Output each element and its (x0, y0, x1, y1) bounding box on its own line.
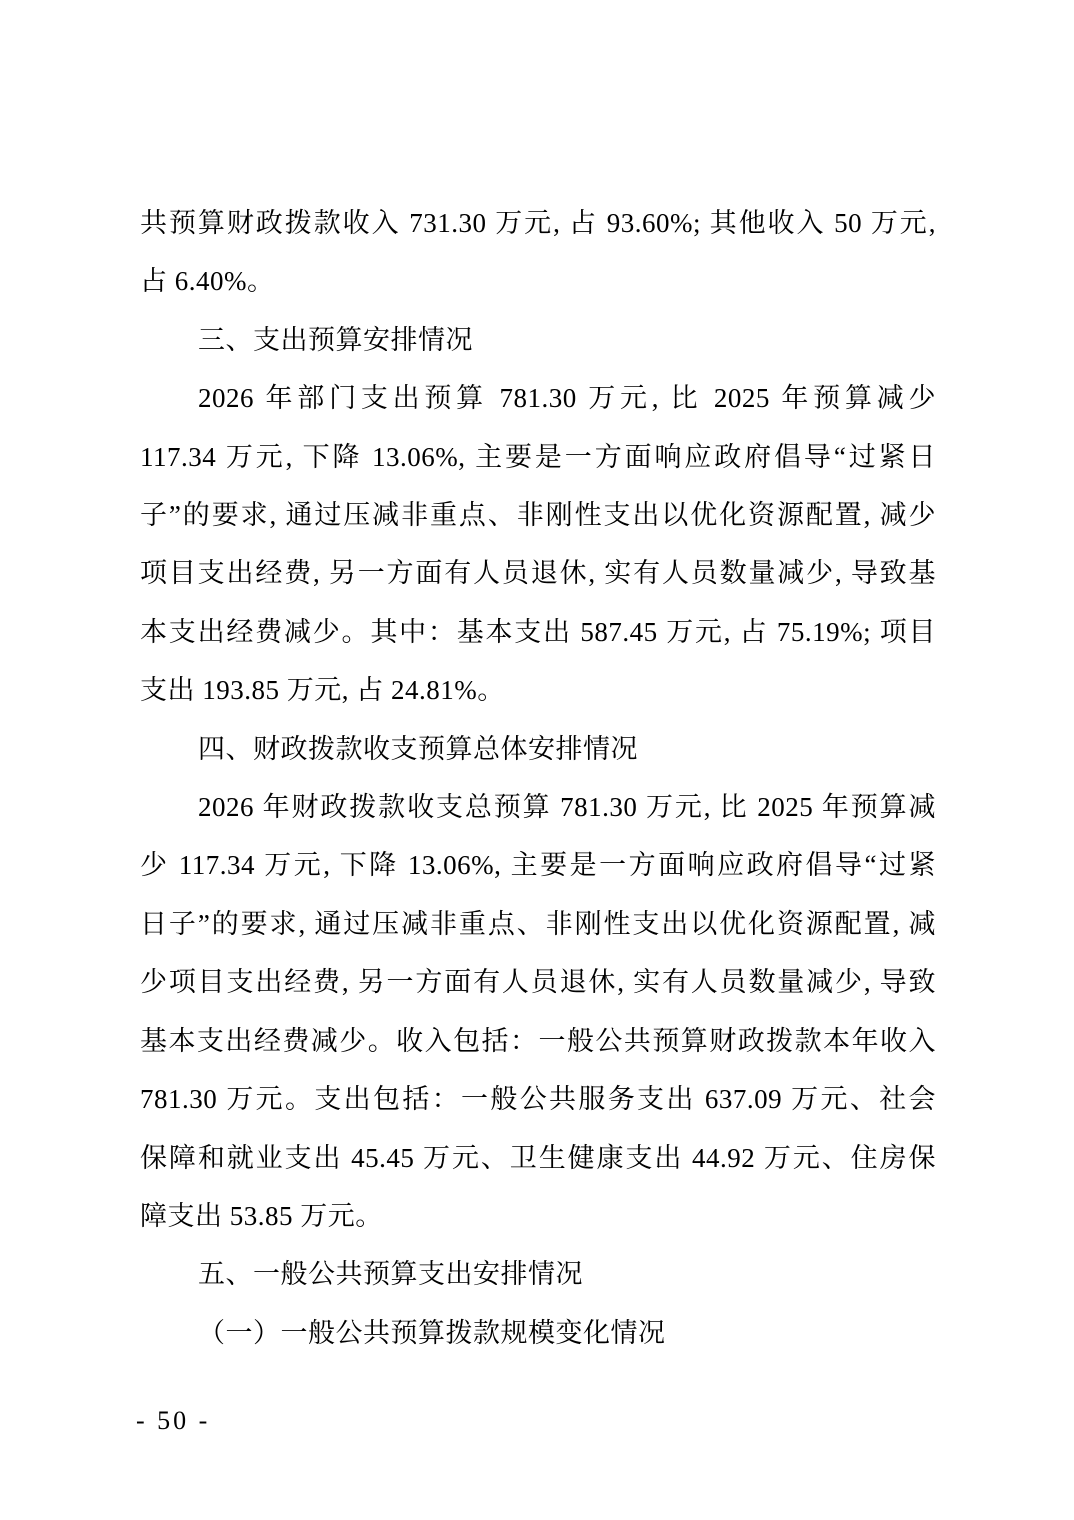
heading-line: 四、财政拨款收支预算总体安排情况 (140, 720, 936, 778)
heading-line: 五、一般公共预算支出安排情况 (140, 1245, 936, 1303)
page-number: - 50 - (136, 1406, 210, 1436)
text-line: 日子”的要求, 通过压减非重点、非刚性支出以优化资源配置, 减 (140, 895, 936, 953)
text-line: 占 6.40%。 (140, 252, 936, 310)
text-line: 共预算财政拨款收入 731.30 万元, 占 93.60%; 其他收入 50 万… (140, 194, 936, 252)
heading-line: 三、支出预算安排情况 (140, 311, 936, 369)
document-page: 共预算财政拨款收入 731.30 万元, 占 93.60%; 其他收入 50 万… (0, 0, 1074, 1520)
heading-line: （一）一般公共预算拨款规模变化情况 (140, 1304, 936, 1362)
section-heading: 五、一般公共预算支出安排情况 (140, 1245, 936, 1303)
text-line: 支出 193.85 万元, 占 24.81%。 (140, 661, 936, 719)
text-line: 障支出 53.85 万元。 (140, 1187, 936, 1245)
section-heading: 三、支出预算安排情况 (140, 311, 936, 369)
paragraph: 2026 年部门支出预算 781.30 万元, 比 2025 年预算减少117.… (140, 369, 936, 719)
text-line: 保障和就业支出 45.45 万元、卫生健康支出 44.92 万元、住房保 (140, 1129, 936, 1187)
document-body: 共预算财政拨款收入 731.30 万元, 占 93.60%; 其他收入 50 万… (140, 194, 936, 1362)
text-line: 本支出经费减少。其中：基本支出 587.45 万元, 占 75.19%; 项目 (140, 603, 936, 661)
text-line: 子”的要求, 通过压减非重点、非刚性支出以优化资源配置, 减少 (140, 486, 936, 544)
paragraph: 2026 年财政拨款收支总预算 781.30 万元, 比 2025 年预算减少 … (140, 778, 936, 1245)
text-line: 117.34 万元, 下降 13.06%, 主要是一方面响应政府倡导“过紧日 (140, 428, 936, 486)
section-heading: 四、财政拨款收支预算总体安排情况 (140, 720, 936, 778)
text-line: 项目支出经费, 另一方面有人员退休, 实有人员数量减少, 导致基 (140, 544, 936, 602)
paragraph: 共预算财政拨款收入 731.30 万元, 占 93.60%; 其他收入 50 万… (140, 194, 936, 311)
text-line: 781.30 万元。支出包括：一般公共服务支出 637.09 万元、社会 (140, 1070, 936, 1128)
text-line: 基本支出经费减少。收入包括：一般公共预算财政拨款本年收入 (140, 1012, 936, 1070)
text-line: 少项目支出经费, 另一方面有人员退休, 实有人员数量减少, 导致 (140, 953, 936, 1011)
text-line: 少 117.34 万元, 下降 13.06%, 主要是一方面响应政府倡导“过紧 (140, 836, 936, 894)
section-heading: （一）一般公共预算拨款规模变化情况 (140, 1304, 936, 1362)
text-line: 2026 年部门支出预算 781.30 万元, 比 2025 年预算减少 (140, 369, 936, 427)
text-line: 2026 年财政拨款收支总预算 781.30 万元, 比 2025 年预算减 (140, 778, 936, 836)
